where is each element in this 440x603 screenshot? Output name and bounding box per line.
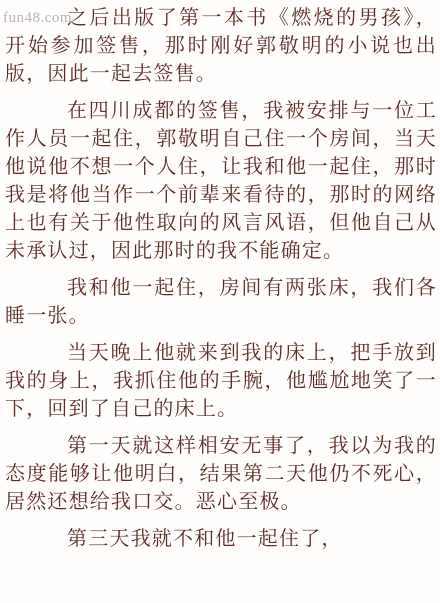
paragraph-3: 我和他一起住，房间有两张床，我们各睡一张。 (5, 274, 437, 330)
document-page: fun48.com 之后出版了第一本书《燃烧的男孩》，开始参加签售，那时刚好郭敬… (0, 0, 440, 603)
watermark-fun48: fun48.com (3, 10, 72, 27)
paragraph-5: 第一天就这样相安无事了，我以为我的态度能够让他明白，结果第二天他仍不死心，居然还… (5, 432, 437, 516)
paragraph-4: 当天晚上他就来到我的床上，把手放到我的身上，我抓住他的手腕，他尴尬地笑了一下，回… (5, 339, 437, 423)
paragraph-2: 在四川成都的签售，我被安排与一位工作人员一起住，郭敬明自己住一个房间，当天他说他… (5, 97, 437, 265)
paragraph-6: 第三天我就不和他一起住了， (5, 525, 437, 553)
article-body: 之后出版了第一本书《燃烧的男孩》，开始参加签售，那时刚好郭敬明的小说也出版，因此… (0, 0, 440, 562)
